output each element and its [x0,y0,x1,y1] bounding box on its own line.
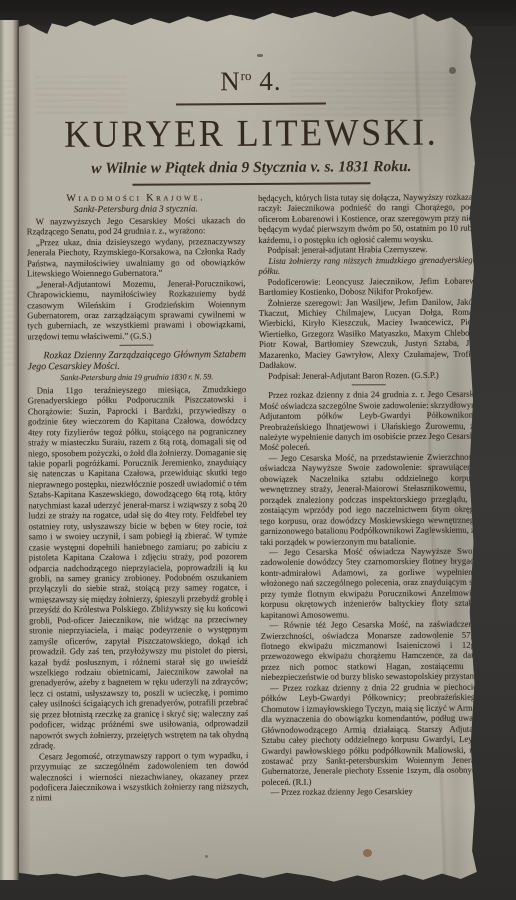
column-right: będących, których lista tutay się dołącz… [258,192,480,802]
paragraph: Podoficerowie: Leoncyusz Jaiecznikow, Je… [259,275,478,297]
paragraph: — Jego Cesarska Mość, na przedstawienie … [260,452,479,547]
paragraph: Przez rozkaz dzienny z dnia 24 grudnia z… [259,389,478,453]
dateline-rule [132,182,370,185]
paragraph: — Jego Cesarska Mość oświadcza Naywyższe… [260,546,479,621]
order-dateline: Sankt-Petersburg dnia 19 grudnia 1830 r.… [28,372,247,384]
edition-dateline: w Wilnie w Piątek dnia 9 Stycznia v. s. … [26,158,476,179]
text-columns: Wiadomości Krajowe. Sankt-Petersburg dni… [27,192,481,804]
paragraph: „Przez ukaz, dnia dzisieyszego wydany, p… [27,236,246,279]
newspaper-page: Nro 4. KURYER LITEWSKI. w Wilnie w Piąte… [19,4,489,886]
ink-stain [257,54,263,57]
section-separator [120,345,154,346]
signature-line: Podpisał: Jenerał-Adjutant Baron Rozen. … [259,369,478,381]
paragraph: — Przez rozkaz dzienny z dnia 22 grudnia… [261,681,480,787]
paragraph: „Jenerał-Adjutantowi Mozemu, Jenerał-Por… [27,278,246,342]
section-header: Wiadomości Krajowe. [27,193,246,205]
ink-stain [363,849,372,857]
paragraph: Żołnierze szeregowi: Jan Wasiljew, Jefim… [259,296,478,371]
section-separator [351,384,385,385]
paragraph: W nayzwyższych Jego Cesarskiey Mości uka… [27,215,246,237]
issue-superscript: ro [241,68,252,83]
newspaper-title: KURYER LITEWSKI. [26,109,476,156]
ink-stain [205,855,208,858]
column-left: Wiadomości Krajowe. Sankt-Petersburg dni… [27,193,249,803]
order-heading: Rozkaz Dzienny Zarządzaiącego Głównym Sz… [27,349,246,372]
showthrough-smudge [2,280,15,370]
list-heading: Lista żołnierzy rang niższych żmudzkiego… [258,254,477,276]
issue-rule [176,103,326,106]
issue-value: 4. [259,66,281,96]
paragraph: — Przez rozkaz dzienny Jego Cesarskiey [262,786,481,798]
showthrough-smudge [2,80,15,140]
newspaper-scan: Nro 4. KURYER LITEWSKI. w Wilnie w Piąte… [0,0,516,900]
page-content: Nro 4. KURYER LITEWSKI. w Wilnie w Piąte… [26,65,480,804]
paragraph: — Równie téż Jego Cesarska Mość, na zaśw… [261,619,480,683]
paragraph: będących, których lista tutay się dołącz… [258,192,477,246]
issue-number: Nro 4. [26,65,476,99]
paragraph: Cesarz Jegomość, otrzymawszy rapport o t… [30,750,249,804]
paragraph: Dnia 11go teraźnieyszego miesiąca, Zmudz… [28,384,249,751]
issue-prefix: N [220,66,241,96]
adjacent-page-edge [0,20,19,880]
